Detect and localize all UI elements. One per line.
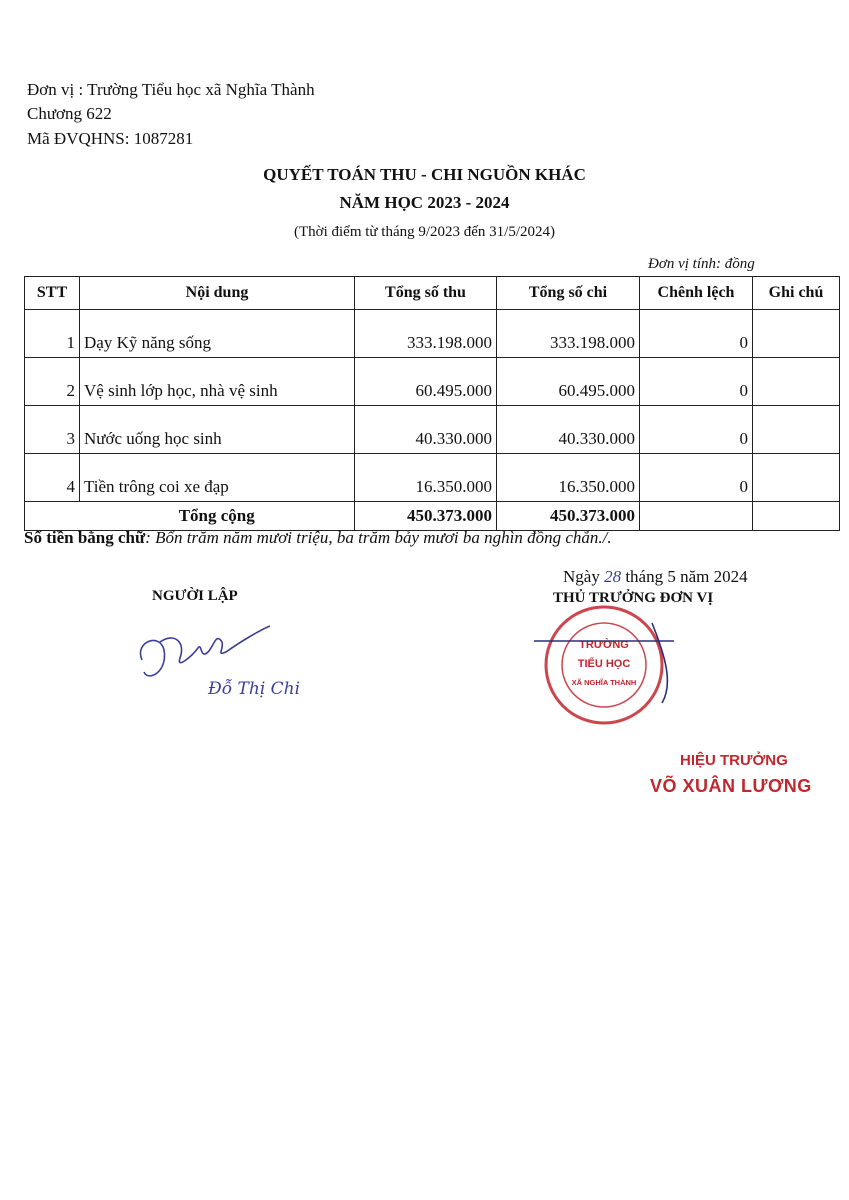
row-expense: 333.198.000 (497, 310, 640, 358)
svg-text:TIỂU HỌC: TIỂU HỌC (578, 657, 631, 670)
col-content: Nội dung (80, 277, 355, 310)
row-note (753, 358, 840, 406)
unit-code: Mã ĐVQHNS: 1087281 (27, 129, 193, 149)
row-stt: 4 (25, 454, 80, 502)
row-content: Tiền trông coi xe đạp (80, 454, 355, 502)
row-expense: 60.495.000 (497, 358, 640, 406)
row-stt: 1 (25, 310, 80, 358)
amount-in-words: Số tiền bằng chữ: Bốn trăm năm mươi triệ… (24, 528, 612, 548)
amount-in-words-label: Số tiền bằng chữ (24, 528, 145, 547)
row-stt: 2 (25, 358, 80, 406)
col-diff: Chênh lệch (640, 277, 753, 310)
svg-text:XÃ NGHĨA THÀNH: XÃ NGHĨA THÀNH (572, 678, 637, 687)
table-header: STT Nội dung Tổng số thu Tổng số chi Chê… (25, 277, 840, 310)
period: (Thời điểm từ tháng 9/2023 đến 31/5/2024… (0, 224, 849, 241)
currency-unit: Đơn vị tính: đồng (648, 256, 755, 273)
row-note (753, 406, 840, 454)
row-diff: 0 (640, 310, 753, 358)
row-expense: 40.330.000 (497, 406, 640, 454)
total-diff (640, 502, 753, 531)
row-income: 333.198.000 (355, 310, 497, 358)
school-stamp: TRƯỜNG TIỂU HỌC XÃ NGHĨA THÀNH (524, 603, 684, 728)
row-content: Dạy Kỹ năng sống (80, 310, 355, 358)
preparer-title: NGƯỜI LẬP (152, 588, 238, 605)
total-label: Tổng cộng (80, 502, 355, 531)
chapter: Chương 622 (27, 104, 112, 124)
table-row: 3 Nước uống học sinh 40.330.000 40.330.0… (25, 406, 840, 454)
col-income: Tổng số thu (355, 277, 497, 310)
col-stt: STT (25, 277, 80, 310)
row-expense: 16.350.000 (497, 454, 640, 502)
total-stt (25, 502, 80, 531)
settlement-table: STT Nội dung Tổng số thu Tổng số chi Chê… (24, 276, 840, 531)
row-stt: 3 (25, 406, 80, 454)
total-row: Tổng cộng 450.373.000 450.373.000 (25, 502, 840, 531)
table-row: 1 Dạy Kỹ năng sống 333.198.000 333.198.0… (25, 310, 840, 358)
col-expense: Tổng số chi (497, 277, 640, 310)
principal-title: HIỆU TRƯỞNG (680, 752, 788, 769)
total-note (753, 502, 840, 531)
row-income: 40.330.000 (355, 406, 497, 454)
date-day: 28 (604, 567, 621, 586)
row-content: Nước uống học sinh (80, 406, 355, 454)
row-diff: 0 (640, 358, 753, 406)
row-note (753, 310, 840, 358)
row-diff: 0 (640, 406, 753, 454)
preparer-signature: Đỗ Thị Chi (130, 612, 320, 707)
row-content: Vệ sinh lớp học, nhà vệ sinh (80, 358, 355, 406)
document-title: QUYẾT TOÁN THU - CHI NGUỒN KHÁC (0, 165, 849, 185)
table-row: 4 Tiền trông coi xe đạp 16.350.000 16.35… (25, 454, 840, 502)
table-row: 2 Vệ sinh lớp học, nhà vệ sinh 60.495.00… (25, 358, 840, 406)
svg-text:Đỗ Thị Chi: Đỗ Thị Chi (207, 679, 300, 699)
school-year: NĂM HỌC 2023 - 2024 (0, 193, 849, 213)
amount-in-words-text: : Bốn trăm năm mươi triệu, ba trăm bảy m… (145, 528, 611, 547)
svg-text:TRƯỜNG: TRƯỜNG (579, 638, 629, 651)
principal-name: VÕ XUÂN LƯƠNG (650, 776, 812, 797)
row-diff: 0 (640, 454, 753, 502)
row-income: 60.495.000 (355, 358, 497, 406)
total-income: 450.373.000 (355, 502, 497, 531)
col-note: Ghi chú (753, 277, 840, 310)
row-income: 16.350.000 (355, 454, 497, 502)
unit-name: Đơn vị : Trường Tiểu học xã Nghĩa Thành (27, 80, 315, 100)
sign-date: Ngày 28 tháng 5 năm 2024 (563, 567, 748, 587)
total-expense: 450.373.000 (497, 502, 640, 531)
row-note (753, 454, 840, 502)
